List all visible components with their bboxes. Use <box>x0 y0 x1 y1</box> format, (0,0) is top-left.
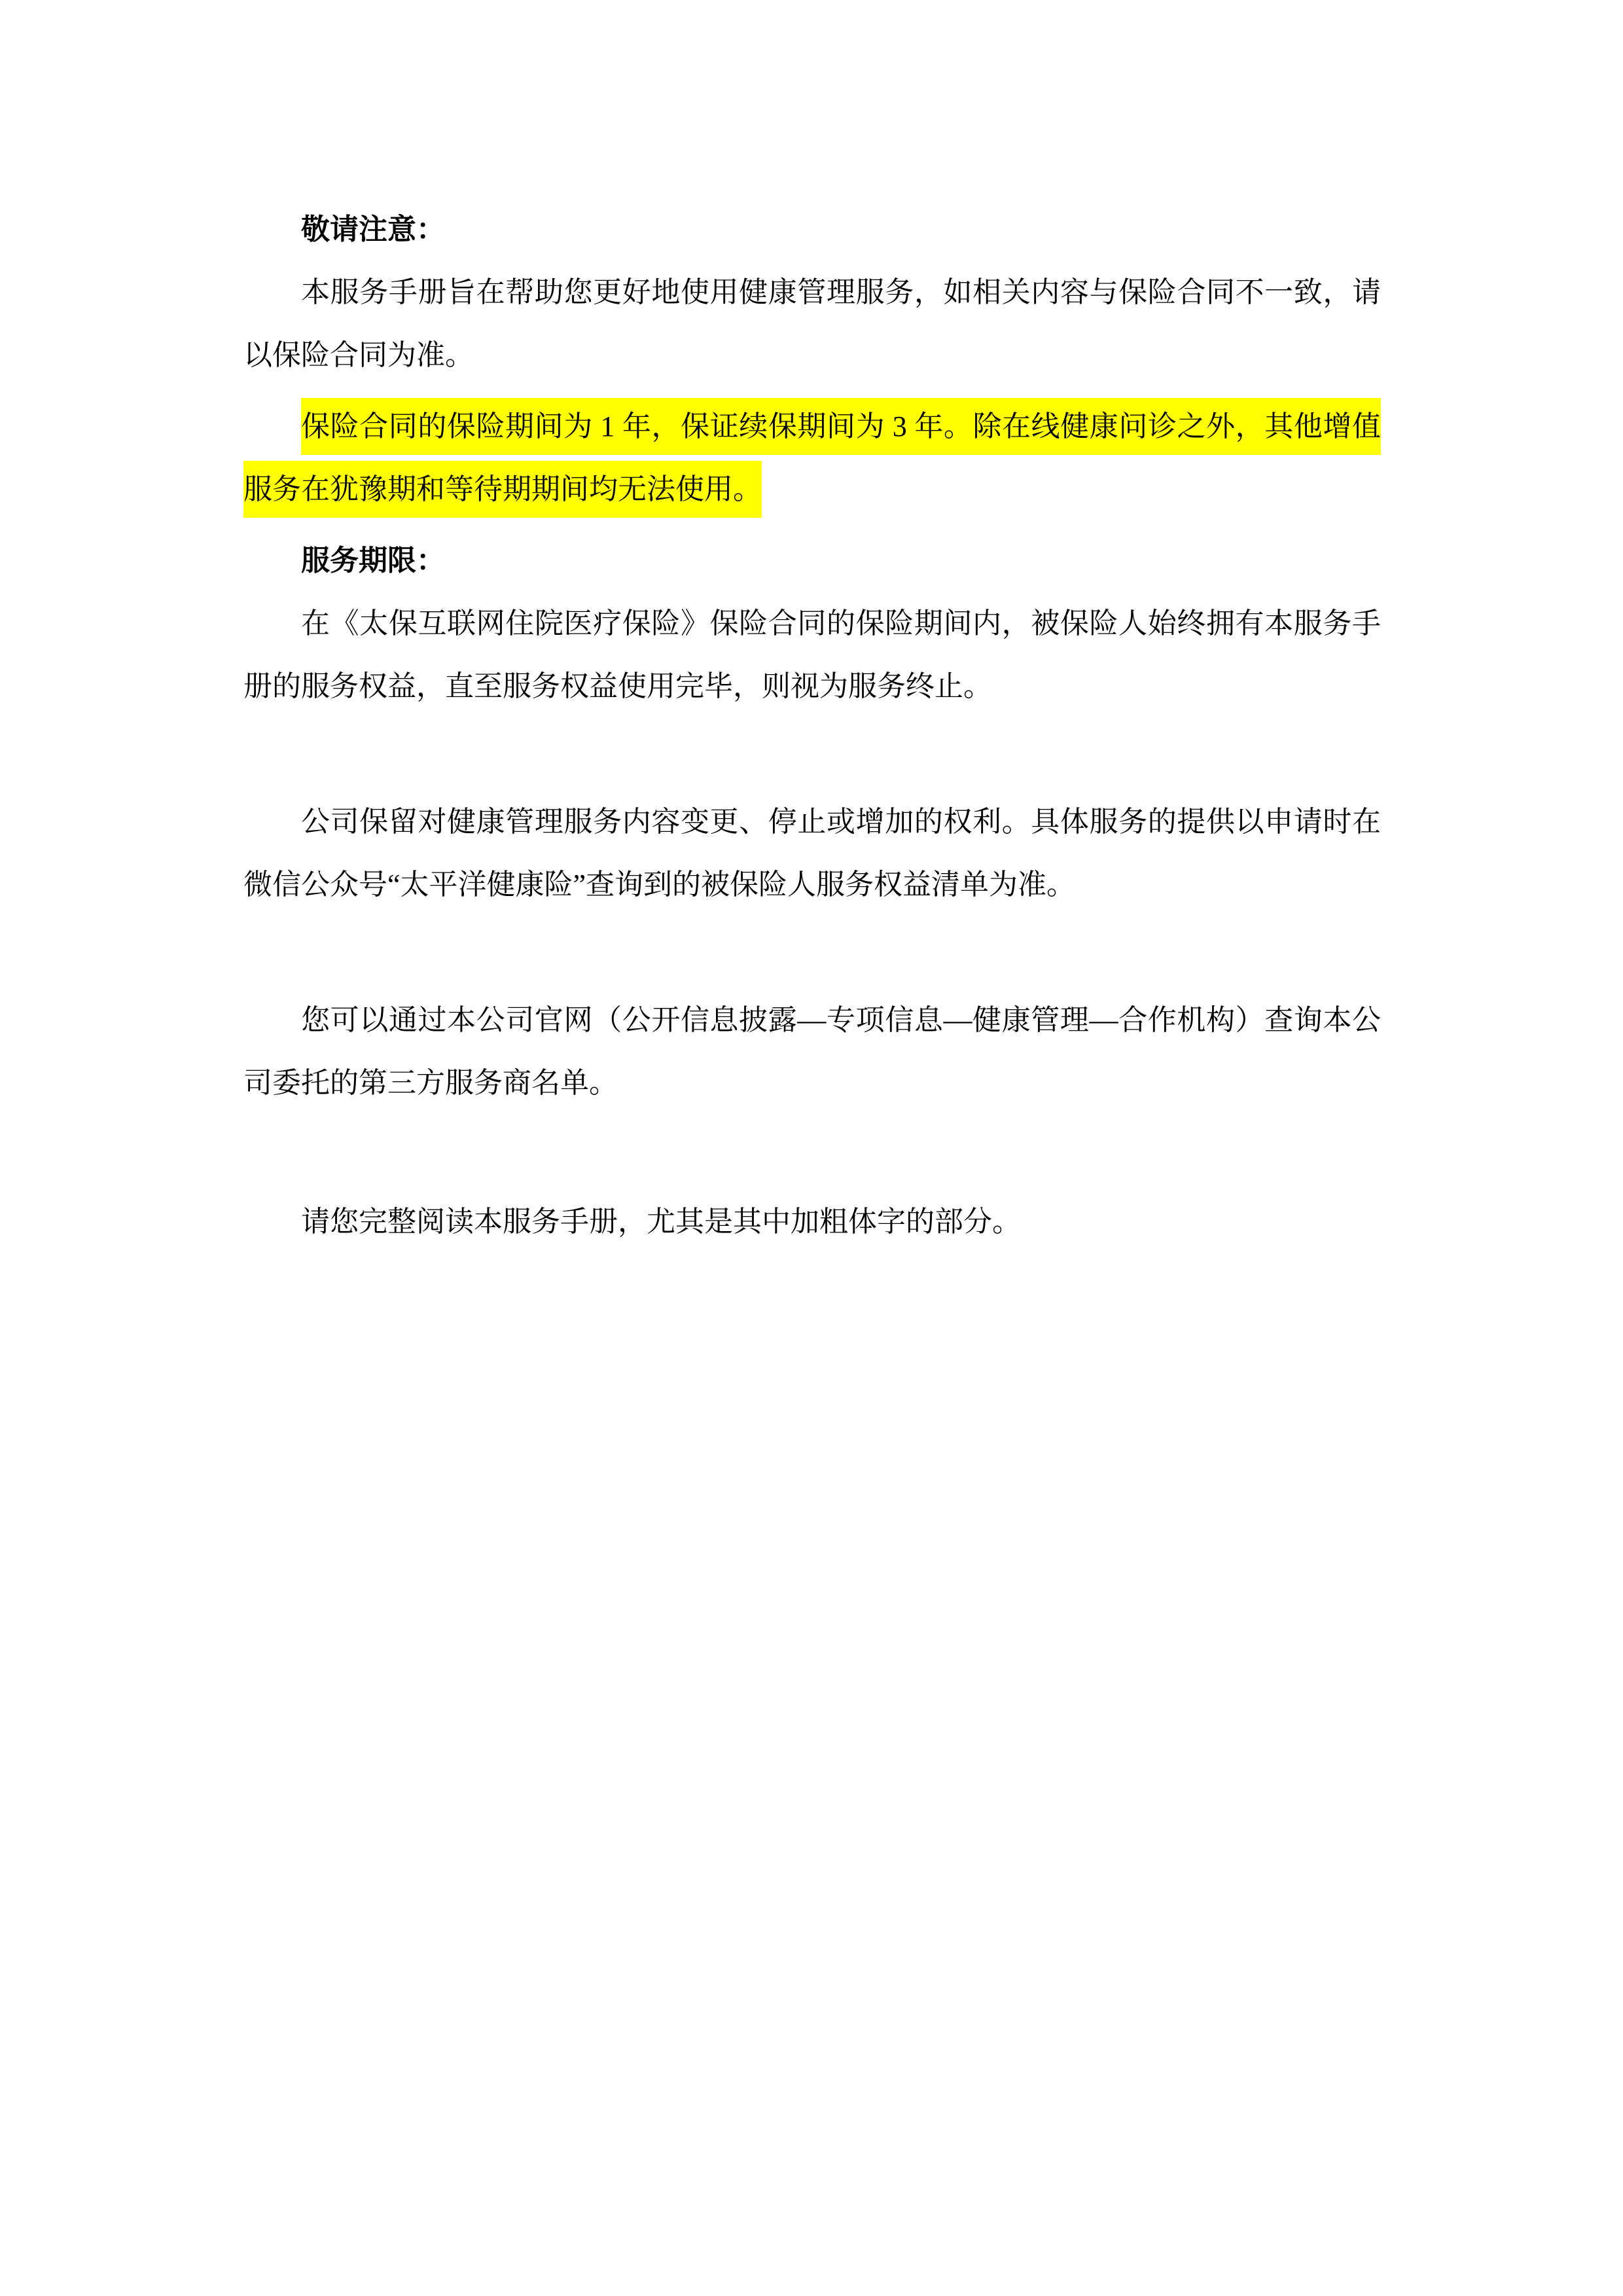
website-paragraph: 您可以通过本公司官网（公开信息披露—专项信息—健康管理—合作机构）查询本公司委托… <box>243 989 1381 1115</box>
intro-paragraph: 本服务手册旨在帮助您更好地使用健康管理服务，如相关内容与保险合同不一致，请以保险… <box>243 261 1381 387</box>
term-paragraph: 在《太保互联网住院医疗保险》保险合同的保险期间内，被保险人始终拥有本服务手册的服… <box>243 592 1381 718</box>
rights-paragraph: 公司保留对健康管理服务内容变更、停止或增加的权利。具体服务的提供以申请时在微信公… <box>243 791 1381 916</box>
term-heading: 服务期限： <box>243 529 1381 592</box>
highlighted-notice-paragraph: 保险合同的保险期间为 1 年，保证续保期间为 3 年。除在线健康问诊之外，其他增… <box>243 395 1381 521</box>
closing-paragraph: 请您完整阅读本服务手册，尤其是其中加粗体字的部分。 <box>243 1191 1381 1253</box>
notice-heading: 敬请注意： <box>243 198 1381 261</box>
document-page: 敬请注意： 本服务手册旨在帮助您更好地使用健康管理服务，如相关内容与保险合同不一… <box>0 0 1623 2296</box>
highlighted-notice-text: 保险合同的保险期间为 1 年，保证续保期间为 3 年。除在线健康问诊之外，其他增… <box>243 398 1381 518</box>
